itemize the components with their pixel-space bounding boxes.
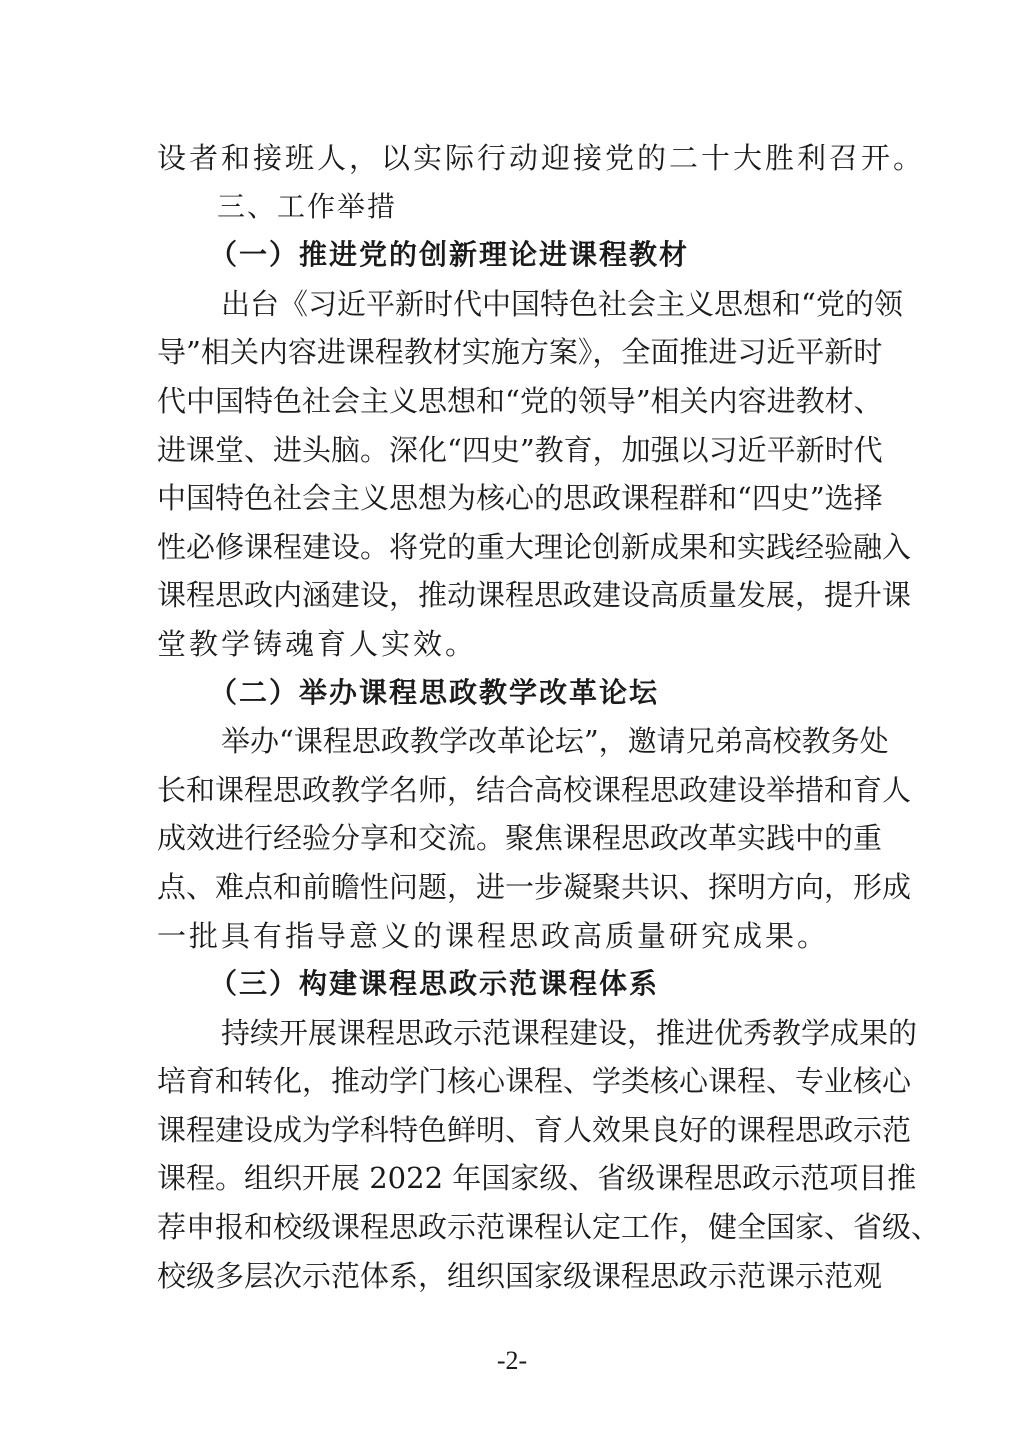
paragraph-line: 培育和转化，推动学门核心课程、学类核心课程、专业核心 bbox=[157, 1057, 871, 1106]
paragraph-line: 成效进行经验分享和交流。聚焦课程思政改革实践中的重 bbox=[157, 814, 871, 863]
subsection-heading-2: （二）举办课程思政教学改革论坛 bbox=[157, 669, 871, 718]
paragraph-line: 导”相关内容进课程教材实施方案》，全面推进习近平新时 bbox=[157, 328, 871, 377]
paragraph-line: 性必修课程建设。将党的重大理论创新成果和实践经验融入 bbox=[157, 523, 871, 572]
paragraph-line: 举办“课程思政教学改革论坛”，邀请兄弟高校教务处 bbox=[157, 717, 871, 766]
paragraph-line: 课程思政内涵建设，推动课程思政建设高质量发展，提升课 bbox=[157, 571, 871, 620]
paragraph-line-end: 一批具有指导意义的课程思政高质量研究成果。 bbox=[157, 912, 871, 961]
paragraph-line: 长和课程思政教学名师，结合高校课程思政建设举措和育人 bbox=[157, 766, 871, 815]
document-page: 设者和接班人，以实际行动迎接党的二十大胜利召开。 三、工作举措 （一）推进党的创… bbox=[157, 134, 871, 1300]
page-number: -2- bbox=[0, 1346, 1024, 1376]
subsection-heading-3: （三）构建课程思政示范课程体系 bbox=[157, 960, 871, 1009]
paragraph-line: 持续开展课程思政示范课程建设，推进优秀教学成果的 bbox=[157, 1009, 871, 1058]
paragraph-line: 中国特色社会主义思想为核心的思政课程群和“四史”选择 bbox=[157, 474, 871, 523]
paragraph-line: 进课堂、进头脑。深化“四史”教育，加强以习近平新时代 bbox=[157, 426, 871, 475]
subsection-heading-1: （一）推进党的创新理论进课程教材 bbox=[157, 231, 871, 280]
paragraph-line: 代中国特色社会主义思想和“党的领导”相关内容进教材、 bbox=[157, 377, 871, 426]
paragraph-line: 出台《习近平新时代中国特色社会主义思想和“党的领 bbox=[157, 280, 871, 329]
paragraph-line: 校级多层次示范体系，组织国家级课程思政示范课示范观 bbox=[157, 1252, 871, 1301]
paragraph-line: 点、难点和前瞻性问题，进一步凝聚共识、探明方向，形成 bbox=[157, 863, 871, 912]
paragraph-line-end: 堂教学铸魂育人实效。 bbox=[157, 620, 871, 669]
paragraph-line: 荐申报和校级课程思政示范课程认定工作，健全国家、省级、 bbox=[157, 1203, 871, 1252]
paragraph-line-end: 设者和接班人，以实际行动迎接党的二十大胜利召开。 bbox=[157, 134, 871, 183]
section-heading-work-measures: 三、工作举措 bbox=[157, 183, 871, 232]
paragraph-line: 课程建设成为学科特色鲜明、育人效果良好的课程思政示范 bbox=[157, 1106, 871, 1155]
paragraph-line: 课程。组织开展 2022 年国家级、省级课程思政示范项目推 bbox=[157, 1154, 871, 1203]
